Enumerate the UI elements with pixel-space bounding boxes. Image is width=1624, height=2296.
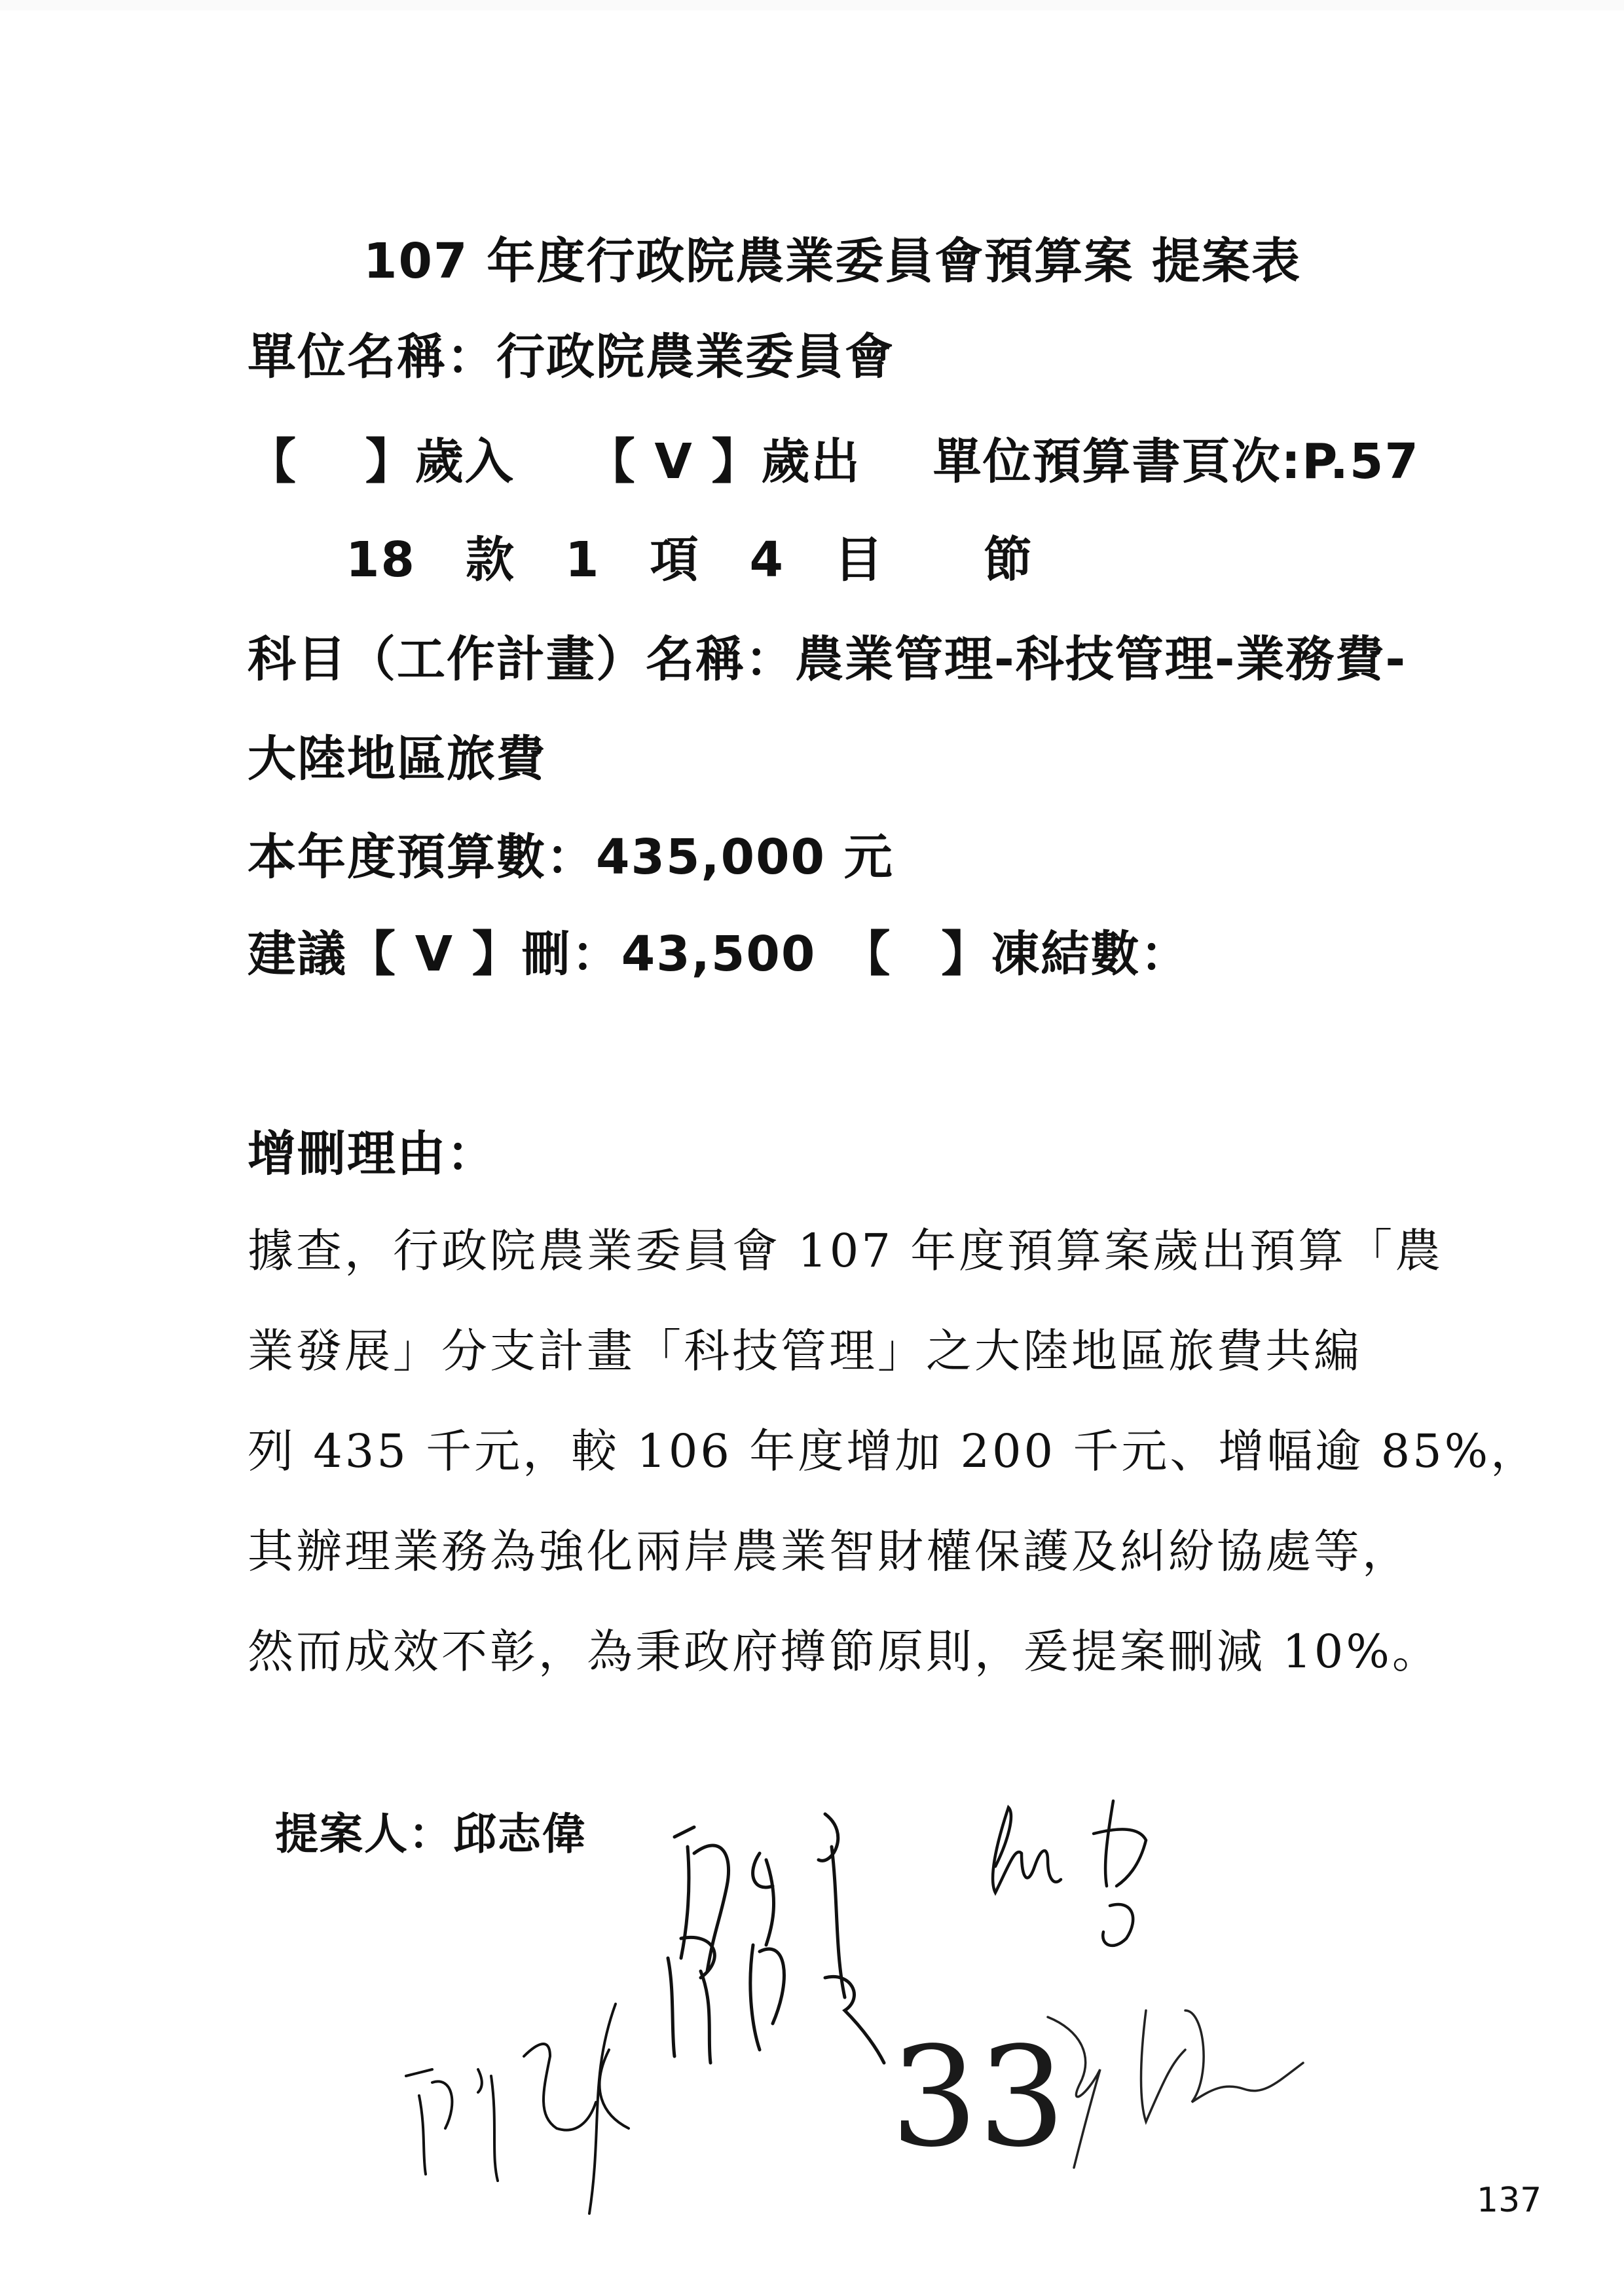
stamp-number: 33 xyxy=(891,2017,1065,2177)
reason-line: 然而成效不彰，為秉政府撙節原則，爰提案刪減 10%。 xyxy=(248,1629,1441,1675)
proposer-label: 提案人：邱志偉 xyxy=(275,1813,587,1856)
scan-edge xyxy=(0,0,1624,10)
item-name-line-2: 大陸地區旅費 xyxy=(248,735,546,783)
reason-line: 列 435 千元，較 106 年度增加 200 千元、增幅逾 85%， xyxy=(248,1428,1539,1474)
unit-name-label: 單位名稱： xyxy=(248,329,496,385)
budget-type-row: 【 】歲入【 V 】歲出單位預算書頁次:P.57 xyxy=(248,437,1420,486)
signature-3 xyxy=(969,1788,1192,1961)
unit-name-row: 單位名稱：行政院農業委員會 xyxy=(248,333,895,381)
unit-name-value: 行政院農業委員會 xyxy=(496,329,895,385)
document-title: 107 年度行政院農業委員會預算案 提案表 xyxy=(363,237,1301,286)
signature-4 xyxy=(393,1997,668,2223)
signature-2 xyxy=(655,1899,930,2072)
reason-heading: 增刪理由： xyxy=(248,1130,496,1178)
revenue-checkbox: 【 】歲入 xyxy=(248,434,515,490)
reason-line: 據查，行政院農業委員會 107 年度預算案歲出預算「農 xyxy=(248,1228,1443,1274)
proposal-line: 建議【 V 】刪：43,500 【 】凍結數： xyxy=(248,930,1190,978)
reason-line: 業發展」分支計畫「科技管理」之大陸地區旅費共編 xyxy=(248,1328,1362,1374)
reason-line: 其辦理業務為強化兩岸農業智財權保護及糾紛協處等， xyxy=(248,1528,1411,1574)
expenditure-checkbox: 【 V 】歲出 xyxy=(587,434,861,490)
budget-codes: 18 款 1 項 4 目 節 xyxy=(346,536,1033,584)
page-number: 137 xyxy=(1477,2181,1541,2220)
signature-5 xyxy=(1041,2010,1382,2183)
budget-amount: 本年度預算數：435,000 元 xyxy=(248,833,894,881)
budget-page-ref: 單位預算書頁次:P.57 xyxy=(933,434,1420,490)
item-name-line-1: 科目（工作計畫）名稱：農業管理-科技管理-業務費- xyxy=(248,635,1407,684)
